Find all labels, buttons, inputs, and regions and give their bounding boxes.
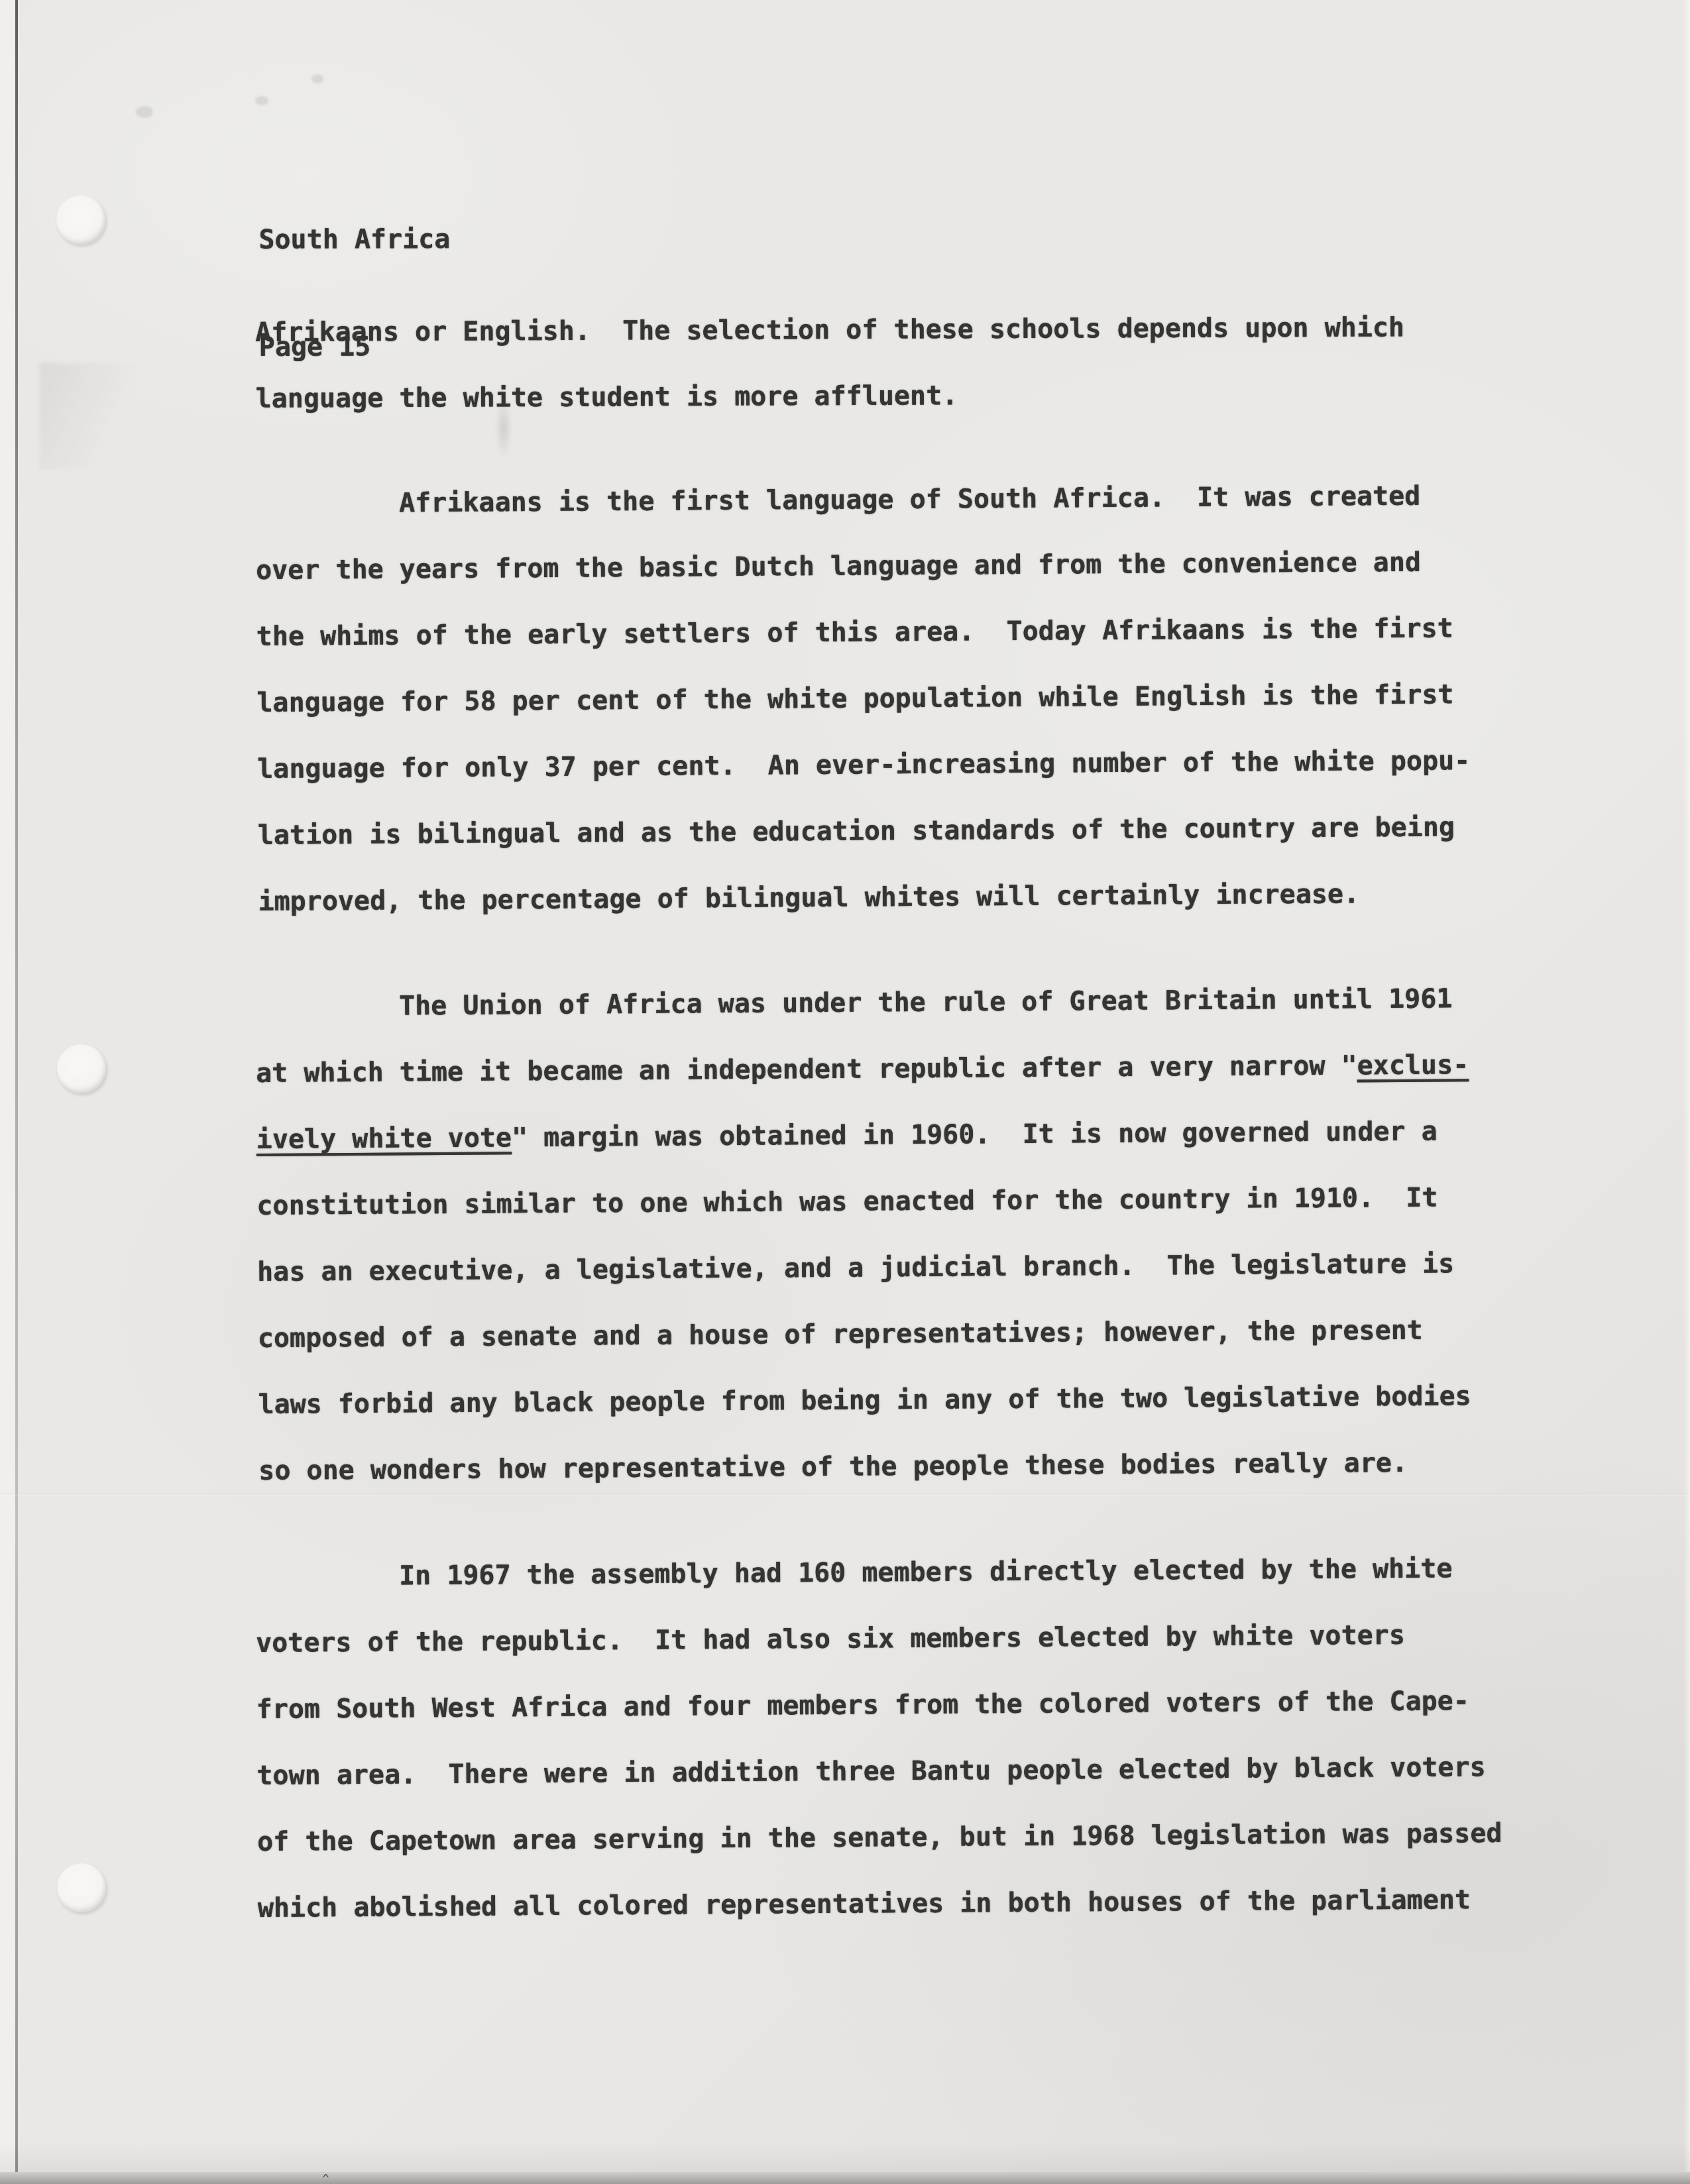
punch-hole-top bbox=[56, 195, 105, 245]
paragraph-3: The Union of Africa was under the rule o… bbox=[255, 965, 1472, 1504]
paragraph-4: In 1967 the assembly had 160 members dir… bbox=[255, 1535, 1503, 1941]
bottom-shadow bbox=[0, 2142, 1690, 2172]
paper-streak bbox=[40, 363, 166, 469]
paragraph-1: Afrikaans or English. The selection of t… bbox=[255, 294, 1405, 432]
paper-left-edge-line bbox=[15, 0, 18, 2184]
paper-speck bbox=[136, 106, 153, 118]
paper-speck bbox=[255, 96, 268, 105]
paper-left-edge-strip bbox=[0, 0, 15, 2184]
punch-hole-bottom bbox=[57, 1863, 106, 1912]
paragraph-2: Afrikaans is the first language of South… bbox=[255, 463, 1471, 935]
paper-right-edge-highlight bbox=[1683, 0, 1690, 2184]
caret-artifact-mark: ^ bbox=[322, 2176, 331, 2183]
header-title: South Africa bbox=[258, 221, 450, 258]
scanned-document-page: ^ South Africa Page 15 Afrikaans or Engl… bbox=[0, 0, 1690, 2184]
punch-hole-middle bbox=[57, 1044, 106, 1093]
scanner-bottom-band bbox=[0, 2172, 1690, 2184]
paper-speck bbox=[311, 74, 323, 83]
